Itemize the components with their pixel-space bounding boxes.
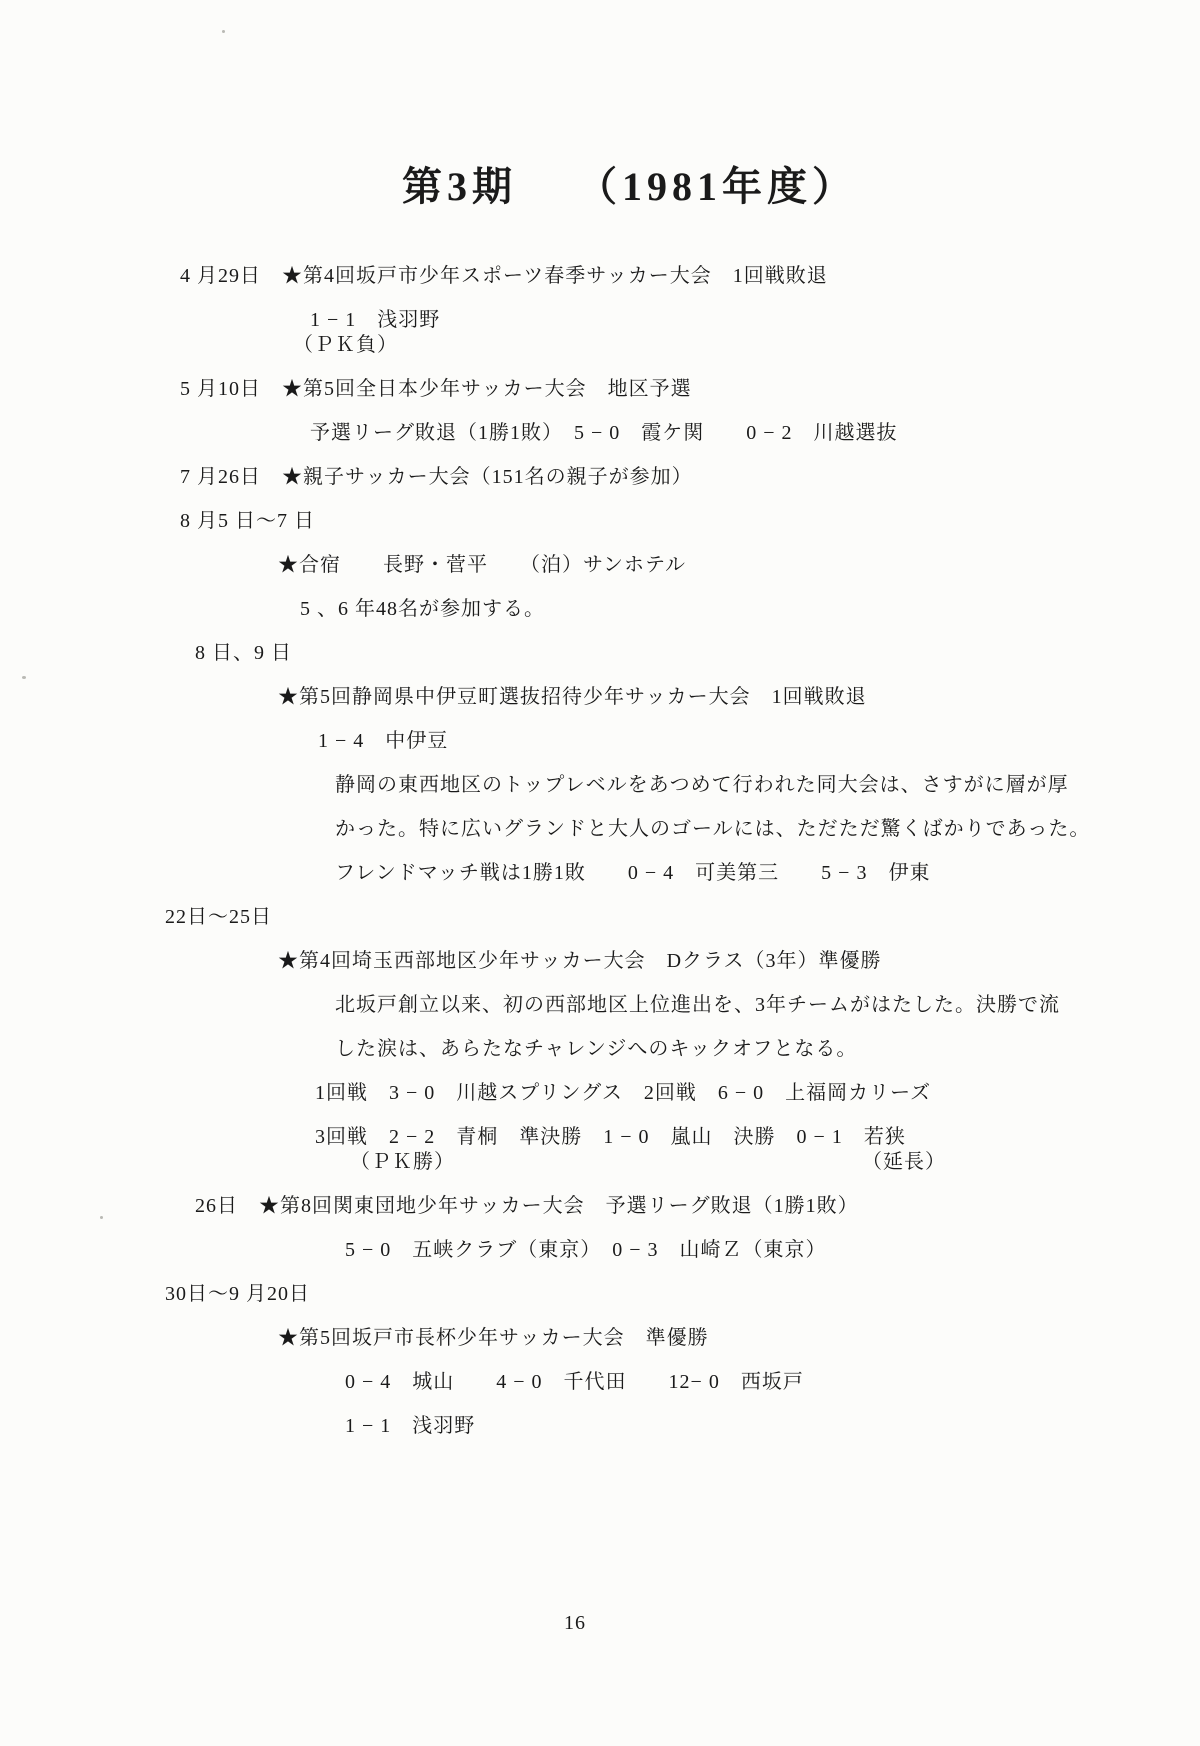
document-body: 4 月29日 ★第4回坂戸市少年スポーツ春季サッカー大会 1回戦敗退1 − 1 …	[0, 262, 1200, 1440]
line-text: 5 、6 年48名が参加する。	[300, 598, 545, 620]
doc-line: フレンドマッチ戦は1勝1敗 0 − 4 可美第三 5 − 3 伊東	[335, 859, 1200, 887]
line-text: 1 − 1 浅羽野	[310, 309, 440, 331]
line-text: ★第5回静岡県中伊豆町選抜招待少年サッカー大会 1回戦敗退	[278, 686, 867, 708]
line-text: 0 − 4 城山 4 − 0 千代田 12− 0 西坂戸	[345, 1371, 804, 1393]
doc-line: 静岡の東西地区のトップレベルをあつめて行われた同大会は、さすがに層が厚	[335, 771, 1200, 799]
line-text: 4 月29日 ★第4回坂戸市少年スポーツ春季サッカー大会 1回戦敗退	[180, 265, 828, 287]
line-text: ★第5回坂戸市長杯少年サッカー大会 準優勝	[278, 1327, 709, 1349]
line-text: 5 月10日 ★第5回全日本少年サッカー大会 地区予選	[180, 378, 692, 400]
line-text: 1 − 1 浅羽野	[345, 1415, 475, 1437]
doc-line: 5 月10日 ★第5回全日本少年サッカー大会 地区予選	[180, 375, 1200, 403]
page-number: 16	[0, 1612, 1150, 1635]
doc-line: 1 − 4 中伊豆	[318, 727, 1200, 755]
doc-line: 4 月29日 ★第4回坂戸市少年スポーツ春季サッカー大会 1回戦敗退	[180, 262, 1200, 290]
line-text: 26日 ★第8回関東団地少年サッカー大会 予選リーグ敗退（1勝1敗）	[195, 1195, 859, 1217]
line-text: 予選リーグ敗退（1勝1敗） 5 − 0 霞ケ関 0 − 2 川越選抜	[310, 422, 898, 444]
doc-line: ★第4回埼玉西部地区少年サッカー大会 Dクラス（3年）準優勝	[278, 947, 1200, 975]
line-text: 1回戦 3 − 0 川越スプリングス 2回戦 6 − 0 上福岡カリーズ	[315, 1082, 931, 1104]
line-text: 5 − 0 五峡クラブ（東京） 0 − 3 山崎Ｚ（東京）	[345, 1239, 827, 1261]
line-text: （ＰＫ勝）	[350, 1151, 455, 1173]
line-text: 1 − 4 中伊豆	[318, 730, 448, 752]
doc-line: （ＰＫ勝）（延長）	[350, 1148, 1200, 1176]
doc-line: 1 − 1 浅羽野	[345, 1412, 1200, 1440]
line-text: した涙は、あらたなチャレンジへのキックオフとなる。	[335, 1038, 857, 1060]
line-text: 8 月5 日～7 日	[180, 510, 315, 532]
scanned-document-page: 第3期 （1981年度） 4 月29日 ★第4回坂戸市少年スポーツ春季サッカー大…	[0, 0, 1200, 1746]
doc-line: 30日～9 月20日	[165, 1280, 1200, 1308]
doc-line: 8 日、9 日	[195, 639, 1200, 667]
line-text: 静岡の東西地区のトップレベルをあつめて行われた同大会は、さすがに層が厚	[335, 774, 1069, 796]
doc-line: ★合宿 長野・菅平 （泊）サンホテル	[278, 551, 1200, 579]
line-text: フレンドマッチ戦は1勝1敗 0 − 4 可美第三 5 − 3 伊東	[335, 862, 930, 884]
line-text: ★合宿 長野・菅平 （泊）サンホテル	[278, 554, 686, 576]
line-text: ★第4回埼玉西部地区少年サッカー大会 Dクラス（3年）準優勝	[278, 950, 881, 972]
line-text: 3回戦 2 − 2 青桐 準決勝 1 − 0 嵐山 決勝 0 − 1 若狭	[315, 1126, 906, 1148]
doc-line: した涙は、あらたなチャレンジへのキックオフとなる。	[335, 1035, 1200, 1063]
line-text: 22日～25日	[165, 906, 272, 928]
line-text: （ＰＫ負）	[293, 334, 398, 356]
doc-line: 北坂戸創立以来、初の西部地区上位進出を、3年チームがはたした。決勝で流	[335, 991, 1200, 1019]
doc-line: 7 月26日 ★親子サッカー大会（151名の親子が参加）	[180, 463, 1200, 491]
scan-speck	[100, 1216, 103, 1219]
doc-line: 0 − 4 城山 4 − 0 千代田 12− 0 西坂戸	[345, 1368, 1200, 1396]
scan-speck	[222, 30, 225, 33]
line-text: 30日～9 月20日	[165, 1283, 310, 1305]
doc-line: 8 月5 日～7 日	[180, 507, 1200, 535]
doc-line: 5 − 0 五峡クラブ（東京） 0 − 3 山崎Ｚ（東京）	[345, 1236, 1200, 1264]
doc-line: 22日～25日	[165, 903, 1200, 931]
doc-line: 26日 ★第8回関東団地少年サッカー大会 予選リーグ敗退（1勝1敗）	[195, 1192, 1200, 1220]
doc-line: ★第5回坂戸市長杯少年サッカー大会 準優勝	[278, 1324, 1200, 1352]
doc-line: かった。特に広いグランドと大人のゴールには、ただただ驚くばかりであった。	[335, 815, 1200, 843]
doc-line: 1回戦 3 − 0 川越スプリングス 2回戦 6 − 0 上福岡カリーズ	[315, 1079, 1200, 1107]
doc-line: （ＰＫ負）	[293, 331, 1200, 359]
line-text-secondary: （延長）	[862, 1148, 946, 1176]
line-text: かった。特に広いグランドと大人のゴールには、ただただ驚くばかりであった。	[335, 818, 1090, 840]
doc-line: 1 − 1 浅羽野	[310, 306, 1200, 334]
scan-speck	[22, 676, 26, 679]
doc-line: 5 、6 年48名が参加する。	[300, 595, 1200, 623]
page-title: 第3期 （1981年度）	[402, 0, 1200, 212]
line-text: 北坂戸創立以来、初の西部地区上位進出を、3年チームがはたした。決勝で流	[335, 994, 1060, 1016]
doc-line: 予選リーグ敗退（1勝1敗） 5 − 0 霞ケ関 0 − 2 川越選抜	[310, 419, 1200, 447]
doc-line: ★第5回静岡県中伊豆町選抜招待少年サッカー大会 1回戦敗退	[278, 683, 1200, 711]
doc-line: 3回戦 2 − 2 青桐 準決勝 1 − 0 嵐山 決勝 0 − 1 若狭	[315, 1123, 1200, 1151]
line-text: 7 月26日 ★親子サッカー大会（151名の親子が参加）	[180, 466, 693, 488]
line-text: 8 日、9 日	[195, 642, 292, 664]
